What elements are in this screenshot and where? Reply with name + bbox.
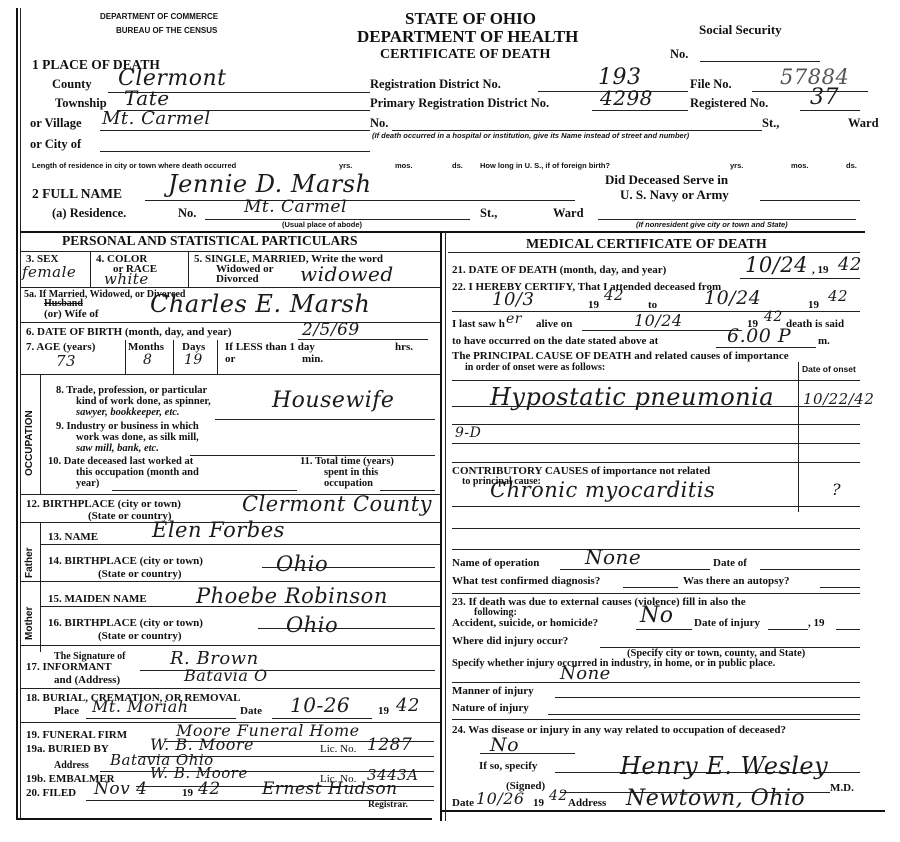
last-saw-pronoun: er	[506, 311, 522, 327]
military-label-2: U. S. Navy or Army	[620, 187, 729, 203]
primary-district-field[interactable]	[592, 110, 688, 111]
rule	[20, 374, 440, 375]
trade-field[interactable]	[215, 419, 435, 420]
city-field[interactable]	[100, 151, 370, 152]
father-side-label: Father	[24, 547, 35, 578]
residence-no-label: No.	[178, 206, 196, 221]
mother-maiden-label: 15. MAIDEN NAME	[48, 593, 147, 605]
marital-label-3: Divorced	[216, 273, 259, 285]
dod-field[interactable]	[740, 278, 860, 279]
residence-st-label: St.,	[480, 206, 497, 221]
county-label: County	[52, 77, 92, 92]
registrar-label: Registrar.	[368, 800, 408, 810]
burial-date-value: 10-26	[290, 693, 350, 717]
operation-field[interactable]	[560, 569, 710, 570]
father-birthplace-label-1: 14. BIRTHPLACE (city or town)	[48, 555, 203, 567]
operation-value: None	[585, 545, 641, 569]
specify-label: Specify whether injury occurred in indus…	[452, 658, 775, 669]
rule	[20, 688, 440, 689]
rule	[452, 549, 860, 550]
social-security-label: Social Security	[699, 22, 782, 38]
specify-value: None	[560, 663, 611, 684]
father-birthplace-label-2: (State or country)	[98, 568, 182, 580]
last-saw-field[interactable]	[582, 330, 742, 331]
accident-value: No	[640, 603, 674, 628]
cause-label-1: The PRINCIPAL CAUSE OF DEATH and related…	[452, 350, 789, 362]
street-ward-label: Ward	[848, 116, 879, 131]
rule	[452, 462, 860, 463]
cert-date-year: 42	[549, 788, 568, 804]
outer-border-left	[16, 8, 18, 820]
trade-label-2: kind of work done, as spinner,	[76, 396, 211, 407]
burial-date-field[interactable]	[272, 718, 372, 719]
father-name-label: 13. NAME	[48, 531, 98, 543]
industry-label-2: work was done, as silk mill,	[76, 432, 199, 443]
burial-place-field[interactable]	[86, 718, 236, 719]
funeral-firm-label: 19. FUNERAL FIRM	[26, 729, 127, 741]
attended-to-year: 42	[828, 287, 848, 305]
rule	[452, 380, 860, 381]
or-label: or	[225, 353, 235, 365]
death-said-label: death is said	[786, 318, 844, 330]
full-name-field[interactable]	[145, 200, 575, 201]
trade-label-1: 8. Trade, profession, or particular	[56, 385, 207, 396]
accident-field[interactable]	[636, 629, 692, 630]
village-field[interactable]	[100, 130, 370, 131]
dod-year-value: 42	[838, 254, 862, 275]
dod-year-prefix: , 19	[812, 264, 829, 276]
rule	[40, 606, 440, 607]
occupation-related-field[interactable]	[480, 753, 575, 754]
onset-label: Date of onset	[802, 364, 856, 374]
foreign-birth-label: How long in U. S., if of foreign birth?	[480, 161, 610, 170]
father-name-value: Elen Forbes	[152, 518, 285, 542]
injury-year-field[interactable]	[836, 629, 860, 630]
attended-from-value: 10/3	[492, 289, 534, 310]
registrar-signature: Ernest Hudson	[262, 779, 398, 799]
burial-date-label: Date	[240, 705, 262, 717]
hospital-note: (If death occurred in a hospital or inst…	[372, 131, 689, 140]
mother-maiden-value: Phoebe Robinson	[196, 584, 388, 608]
military-label-1: Did Deceased Serve in	[605, 172, 728, 188]
principal-cause-field[interactable]	[452, 406, 860, 407]
buried-by-label: 19a. BURIED BY	[26, 743, 109, 755]
rule	[40, 522, 41, 652]
mother-birthplace-label-1: 16. BIRTHPLACE (city or town)	[48, 617, 203, 629]
birthplace-label-1: 12. BIRTHPLACE (city or town)	[26, 498, 181, 510]
color-value: white	[104, 270, 149, 288]
informant-label-2: 17. INFORMANT	[26, 661, 112, 673]
center-divider	[440, 231, 442, 821]
m-label: m.	[818, 335, 830, 347]
injury-year-prefix: , 19	[808, 617, 825, 629]
rule	[20, 251, 440, 252]
last-worked-field[interactable]	[112, 490, 297, 491]
rule	[20, 581, 440, 582]
medical-section-title: MEDICAL CERTIFICATE OF DEATH	[526, 237, 767, 253]
outer-border-left-inner	[20, 8, 21, 820]
file-no-label: File No.	[690, 77, 732, 92]
length-yrs: yrs.	[339, 161, 352, 170]
father-birthplace-field[interactable]	[262, 567, 435, 568]
manner-field[interactable]	[555, 697, 860, 698]
time-value: 6.00 P	[727, 325, 791, 347]
informant-label-3: and (Address)	[54, 674, 120, 686]
primary-district-value: 4298	[600, 86, 653, 110]
buried-lic-label: Lic. No.	[320, 743, 356, 755]
rule	[188, 251, 189, 287]
rule	[798, 362, 799, 512]
department-title: DEPARTMENT OF HEALTH	[357, 27, 578, 47]
spouse-label-3: (or) Wife of	[44, 308, 99, 320]
last-saw-year: 42	[764, 309, 783, 325]
attended-to-year-prefix: 19	[808, 299, 819, 311]
burial-year-prefix: 19	[378, 705, 389, 717]
mother-side-label: Mother	[24, 607, 35, 640]
contributory-field[interactable]	[452, 506, 860, 507]
last-worked-label-2: this occupation (month and	[76, 467, 199, 478]
if-so-label: If so, specify	[479, 760, 537, 772]
test-field[interactable]	[623, 587, 678, 588]
informant-field[interactable]	[140, 670, 435, 671]
age-years-value: 73	[56, 352, 76, 370]
filed-value: Nov 4	[94, 779, 147, 799]
rule	[40, 544, 440, 545]
specify-field[interactable]	[452, 682, 860, 683]
physician-signature: Henry E. Wesley	[620, 752, 828, 780]
cert-address-value: Newtown, Ohio	[626, 786, 805, 811]
cert-address-label: Address	[568, 797, 606, 809]
last-worked-label-1: 10. Date deceased last worked at	[48, 456, 193, 467]
total-time-label-2: spent in this	[324, 467, 378, 478]
funeral-address-label: Address	[54, 760, 89, 771]
autopsy-field[interactable]	[820, 587, 860, 588]
dob-label: 6. DATE OF BIRTH (month, day, and year)	[26, 326, 232, 338]
rule	[125, 340, 126, 374]
federal-line2: BUREAU OF THE CENSUS	[116, 26, 217, 35]
nonresident-note: (If nonresident give city or town and St…	[636, 220, 788, 229]
street-st-label: St.,	[762, 116, 779, 131]
alive-on-label: alive on	[536, 318, 572, 330]
city-label: or City of	[30, 137, 81, 152]
foreign-mos: mos.	[791, 161, 809, 170]
rule	[20, 322, 440, 323]
full-name-value: Jennie D. Marsh	[168, 170, 372, 198]
min-label: min.	[302, 353, 323, 365]
industry-label-3: saw mill, bank, etc.	[76, 443, 159, 454]
time-field[interactable]	[716, 347, 816, 348]
autopsy-label: Was there an autopsy?	[683, 575, 789, 587]
rule	[40, 374, 41, 494]
total-time-label-3: occupation	[324, 478, 373, 489]
sex-value: female	[22, 263, 76, 281]
where-label: Where did injury occur?	[452, 635, 568, 647]
father-birthplace-value: Ohio	[276, 552, 328, 576]
residence-value: Mt. Carmel	[244, 197, 347, 217]
certificate-title: CERTIFICATE OF DEATH	[380, 47, 550, 63]
last-saw-date: 10/24	[634, 311, 683, 330]
rule	[217, 340, 218, 374]
primary-district-label: Primary Registration District No.	[370, 96, 549, 111]
length-ds: ds.	[452, 161, 463, 170]
nature-label: Nature of injury	[452, 702, 529, 714]
personal-section-title: PERSONAL AND STATISTICAL PARTICULARS	[62, 233, 357, 249]
hrs-label: hrs.	[395, 341, 413, 353]
foreign-ds: ds.	[846, 161, 857, 170]
operation-date-label: Date of	[713, 557, 747, 569]
rule	[452, 528, 860, 529]
injury-date-field[interactable]	[768, 629, 808, 630]
registered-no-field[interactable]	[800, 110, 860, 111]
rule	[20, 287, 440, 288]
burial-place-label: Place	[54, 705, 79, 717]
informant-address: Batavia O	[184, 666, 268, 685]
social-security-field[interactable]	[700, 61, 820, 62]
cert-date-year-prefix: 19	[533, 797, 544, 809]
contributory-onset-value: ?	[832, 480, 841, 499]
mother-birthplace-label-2: (State or country)	[98, 630, 182, 642]
birthplace-value: Clermont County	[242, 492, 432, 516]
township-label: Township	[55, 96, 107, 111]
filed-label: 20. FILED	[26, 787, 76, 799]
social-security-no-label: No.	[670, 47, 688, 62]
state-title: STATE OF OHIO	[405, 9, 536, 29]
trade-value: Housewife	[272, 388, 394, 413]
buried-lic-value: 1287	[367, 735, 412, 755]
cert-date-label: Date	[452, 797, 474, 809]
rule	[173, 340, 174, 374]
residence-ward-label: Ward	[553, 206, 584, 221]
accident-label: Accident, suicide, or homicide?	[452, 617, 598, 629]
attended-from-year: 42	[604, 286, 624, 304]
operation-date-field[interactable]	[760, 569, 860, 570]
foreign-yrs: yrs.	[730, 161, 743, 170]
attended-from-year-prefix: 19	[588, 299, 599, 311]
federal-line1: DEPARTMENT OF COMMERCE	[100, 12, 218, 21]
full-name-label: 2 FULL NAME	[32, 186, 122, 202]
rule	[452, 443, 860, 444]
registered-no-value: 37	[810, 85, 839, 110]
dob-value: 2/5/69	[302, 320, 360, 340]
total-time-field[interactable]	[380, 490, 435, 491]
rule	[452, 424, 860, 425]
age-days-value: 19	[184, 352, 203, 368]
test-label: What test confirmed diagnosis?	[452, 575, 600, 587]
occupation-side-label: OCCUPATION	[24, 410, 35, 476]
filed-year-value: 42	[198, 779, 221, 799]
rule	[452, 593, 860, 594]
dod-label: 21. DATE OF DEATH (month, day, and year)	[452, 264, 666, 276]
village-label: or Village	[30, 116, 82, 131]
nature-field[interactable]	[548, 714, 860, 715]
injury-date-label: Date of injury	[694, 617, 760, 629]
township-value: Tate	[124, 86, 170, 110]
length-mos: mos.	[395, 161, 413, 170]
dob-field[interactable]	[298, 339, 428, 340]
trade-label-3: sawyer, bookkeeper, etc.	[76, 407, 180, 418]
attended-to-value: 10/24	[704, 287, 761, 309]
last-saw-label: I last saw h	[452, 318, 505, 330]
village-value: Mt. Carmel	[102, 108, 211, 129]
residence-label: (a) Residence.	[52, 206, 126, 221]
rule	[452, 719, 860, 720]
center-divider-inner	[445, 231, 446, 821]
cause-note: 9-D	[455, 425, 481, 441]
cert-date-value: 10/26	[476, 789, 525, 808]
registration-district-label: Registration District No.	[370, 77, 501, 92]
spouse-value: Charles E. Marsh	[150, 290, 370, 318]
registered-no-label: Registered No.	[690, 96, 768, 111]
less-than-day-label: If LESS than 1 day	[225, 341, 315, 353]
last-worked-label-3: year)	[76, 478, 99, 489]
industry-label-1: 9. Industry or business in which	[56, 421, 199, 432]
marital-value: widowed	[300, 262, 394, 286]
cause-label-2: in order of onset were as follows:	[465, 362, 605, 373]
total-time-label-1: 11. Total time (years)	[300, 456, 394, 467]
age-months-value: 8	[143, 352, 152, 368]
occurred-label: to have occurred on the date stated abov…	[452, 335, 658, 347]
burial-year-value: 42	[396, 695, 420, 716]
street-no-label: No.	[370, 116, 388, 131]
contributory-value: Chronic myocarditis	[490, 478, 715, 502]
length-residence-label: Length of residence in city or town wher…	[32, 161, 236, 170]
rule	[20, 645, 440, 646]
manner-label: Manner of injury	[452, 685, 534, 697]
mother-birthplace-field[interactable]	[258, 628, 435, 629]
operation-label: Name of operation	[452, 557, 539, 569]
to-label: to	[648, 299, 657, 311]
rule	[90, 251, 91, 287]
filed-year-prefix: 19	[182, 787, 193, 799]
abode-note: (Usual place of abode)	[282, 220, 362, 229]
outer-border-bottom-left	[16, 818, 432, 820]
military-field[interactable]	[760, 200, 860, 201]
burial-place-value: Mt. Moriah	[92, 697, 189, 716]
md-label: M.D.	[830, 782, 854, 794]
dod-value: 10/24	[745, 253, 808, 277]
mother-birthplace-value: Ohio	[286, 613, 338, 637]
